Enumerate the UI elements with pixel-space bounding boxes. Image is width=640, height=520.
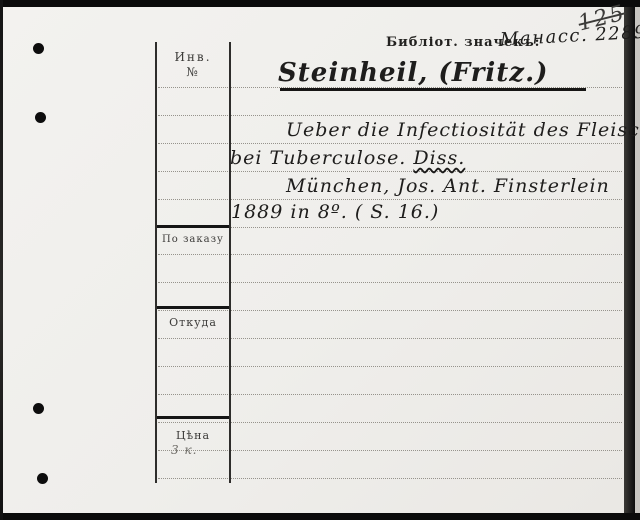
dissertation-note-handwritten: Diss. (413, 147, 465, 169)
title-line-2-handwritten: bei Tuberculose. Diss. (230, 147, 465, 169)
price-label: Цѣна (157, 429, 229, 442)
punch-hole (37, 473, 48, 484)
scan-bottom-border (0, 513, 640, 520)
title-line-1-handwritten: Ueber die Infectiosität des Fleisches (286, 119, 640, 141)
price-value-handwritten: 3 к. (171, 443, 197, 457)
origin-label: Откуда (157, 316, 229, 329)
punch-hole (33, 403, 44, 414)
imprint-line-handwritten: München, Jos. Ant. Finsterlein (286, 175, 610, 197)
inventory-number-label: Инв. (157, 50, 229, 64)
order-label: По заказу (157, 234, 229, 245)
scan-right-edge (635, 7, 640, 513)
title-line-2-text: bei Tuberculose. (230, 147, 406, 169)
section-divider (157, 225, 229, 228)
punch-hole (35, 112, 46, 123)
author-heading-handwritten: Steinheil, (Fritz.) (278, 58, 548, 88)
inventory-number-sign: № (157, 65, 229, 79)
scan-left-border (0, 0, 3, 520)
section-divider (157, 306, 229, 309)
scan-right-shadow (624, 0, 635, 520)
section-divider (157, 416, 229, 419)
field-label-column: Инв. № По заказу Откуда Цѣна 3 к. (155, 42, 231, 483)
scanned-catalog-card: Инв. № По заказу Откуда Цѣна 3 к. 125 Би… (0, 0, 640, 520)
scan-top-border (0, 0, 640, 7)
collation-line-handwritten: 1889 in 8º. ( S. 16.) (231, 201, 439, 223)
punch-hole (33, 43, 44, 54)
author-underline (280, 88, 586, 91)
